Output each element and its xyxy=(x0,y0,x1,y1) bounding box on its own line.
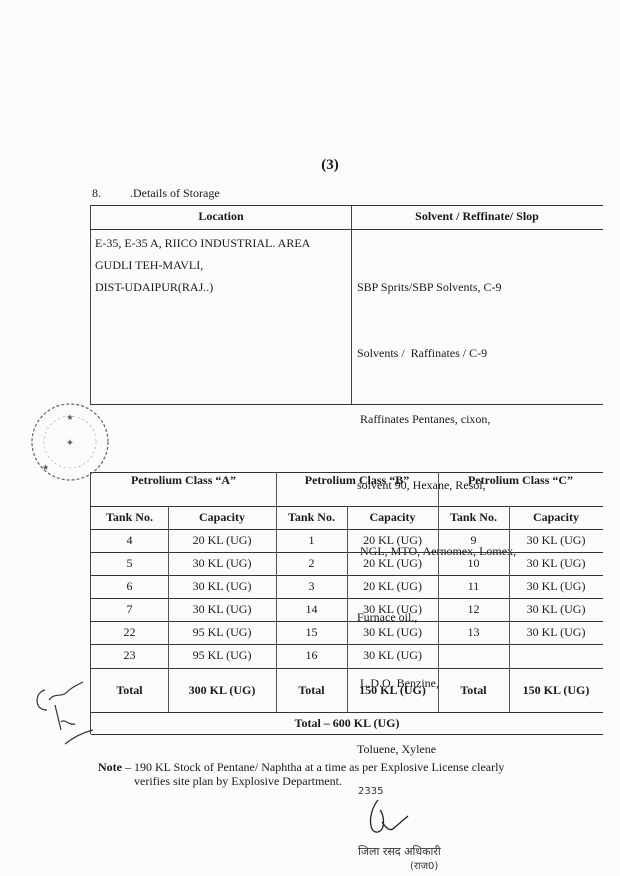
table-cell: 10 xyxy=(438,552,509,575)
solvent-line: Solvents / Raffinates / C-9 xyxy=(357,342,516,364)
table-cell: 30 KL (UG) xyxy=(347,621,438,644)
table-cell: 11 xyxy=(438,575,509,598)
row-divider xyxy=(91,734,603,735)
table-cell: 30 KL (UG) xyxy=(168,575,276,598)
tank-capacity-table: Petrolium Class “A”Petrolium Class “B”Pe… xyxy=(90,472,603,734)
location-line: DIST-UDAIPUR(RAJ..) xyxy=(95,276,310,298)
total-cell: 300 KL (UG) xyxy=(168,668,276,712)
table-cell: 13 xyxy=(438,621,509,644)
table-cell: 20 KL (UG) xyxy=(347,575,438,598)
storage-details-table: Location Solvent / Reffinate/ Slop E-35,… xyxy=(90,205,603,405)
grand-total: Total – 600 KL (UG) xyxy=(91,712,603,734)
column-header: Capacity xyxy=(168,506,276,529)
solvent-header: Solvent / Reffinate/ Slop xyxy=(351,209,603,224)
table-cell: 15 xyxy=(276,621,347,644)
table-cell: 12 xyxy=(438,598,509,621)
table-cell xyxy=(438,644,509,667)
location-cell: E-35, E-35 A, RIICO INDUSTRIAL. AREA GUD… xyxy=(95,232,310,298)
location-header: Location xyxy=(91,209,351,224)
table-cell: 30 KL (UG) xyxy=(168,552,276,575)
place: (राज0) xyxy=(410,858,438,872)
page-number: (3) xyxy=(0,157,620,174)
table-cell: 95 KL (UG) xyxy=(168,644,276,667)
table-cell: 20 KL (UG) xyxy=(347,552,438,575)
handwritten-signature-icon xyxy=(25,670,105,750)
table-cell: 30 KL (UG) xyxy=(509,529,603,552)
table-cell: 9 xyxy=(438,529,509,552)
signature-icon xyxy=(360,792,440,842)
section-number: 8. xyxy=(92,186,101,201)
location-line: E-35, E-35 A, RIICO INDUSTRIAL. AREA xyxy=(95,232,310,254)
table-cell: 30 KL (UG) xyxy=(347,598,438,621)
column-divider xyxy=(351,206,352,404)
signature-block: 2335 जिला रसद अधिकारी (राज0) xyxy=(340,780,530,876)
official-seal-icon: ★ ★ ✦ xyxy=(28,400,112,484)
designation: जिला रसद अधिकारी xyxy=(358,844,441,859)
table-cell: 7 xyxy=(91,598,168,621)
class-header: Petrolium Class “B” xyxy=(276,472,438,488)
total-cell: Total xyxy=(276,668,347,712)
table-cell: 14 xyxy=(276,598,347,621)
column-header: Tank No. xyxy=(91,506,168,529)
total-cell: 150 KL (UG) xyxy=(347,668,438,712)
table-cell: 2 xyxy=(276,552,347,575)
column-header: Tank No. xyxy=(438,506,509,529)
header-divider xyxy=(91,229,603,230)
table-cell: 30 KL (UG) xyxy=(347,644,438,667)
table-cell: 1 xyxy=(276,529,347,552)
svg-text:★: ★ xyxy=(42,463,49,472)
table-cell: 20 KL (UG) xyxy=(347,529,438,552)
class-header: Petrolium Class “C” xyxy=(438,472,603,488)
column-header: Capacity xyxy=(347,506,438,529)
table-cell: 5 xyxy=(91,552,168,575)
table-cell: 20 KL (UG) xyxy=(168,529,276,552)
section-title: .Details of Storage xyxy=(130,186,220,201)
table-cell: 30 KL (UG) xyxy=(509,575,603,598)
table-cell: 4 xyxy=(91,529,168,552)
table-cell: 30 KL (UG) xyxy=(168,598,276,621)
solvent-line: Toluene, Xylene xyxy=(357,738,516,760)
table-cell: 30 KL (UG) xyxy=(509,552,603,575)
solvent-line: SBP Sprits/SBP Solvents, C-9 xyxy=(357,276,516,298)
table-cell xyxy=(509,644,603,667)
total-cell: Total xyxy=(438,668,509,712)
note-text-line1: – 190 KL Stock of Pentane/ Naphtha at a … xyxy=(122,760,504,774)
table-cell: 95 KL (UG) xyxy=(168,621,276,644)
note-label: Note xyxy=(98,760,122,774)
table-cell: 22 xyxy=(91,621,168,644)
table-cell: 3 xyxy=(276,575,347,598)
class-header: Petrolium Class “A” xyxy=(91,472,276,488)
svg-text:★: ★ xyxy=(66,413,73,422)
location-line: GUDLI TEH-MAVLI, xyxy=(95,254,310,276)
table-cell: 30 KL (UG) xyxy=(509,598,603,621)
table-cell: 6 xyxy=(91,575,168,598)
solvent-line: Raffinates Pentanes, cixon, xyxy=(357,408,516,430)
svg-text:✦: ✦ xyxy=(66,438,74,449)
table-cell: 23 xyxy=(91,644,168,667)
table-cell: 30 KL (UG) xyxy=(509,621,603,644)
total-cell: 150 KL (UG) xyxy=(509,668,603,712)
table-cell: 16 xyxy=(276,644,347,667)
column-header: Capacity xyxy=(509,506,603,529)
column-header: Tank No. xyxy=(276,506,347,529)
